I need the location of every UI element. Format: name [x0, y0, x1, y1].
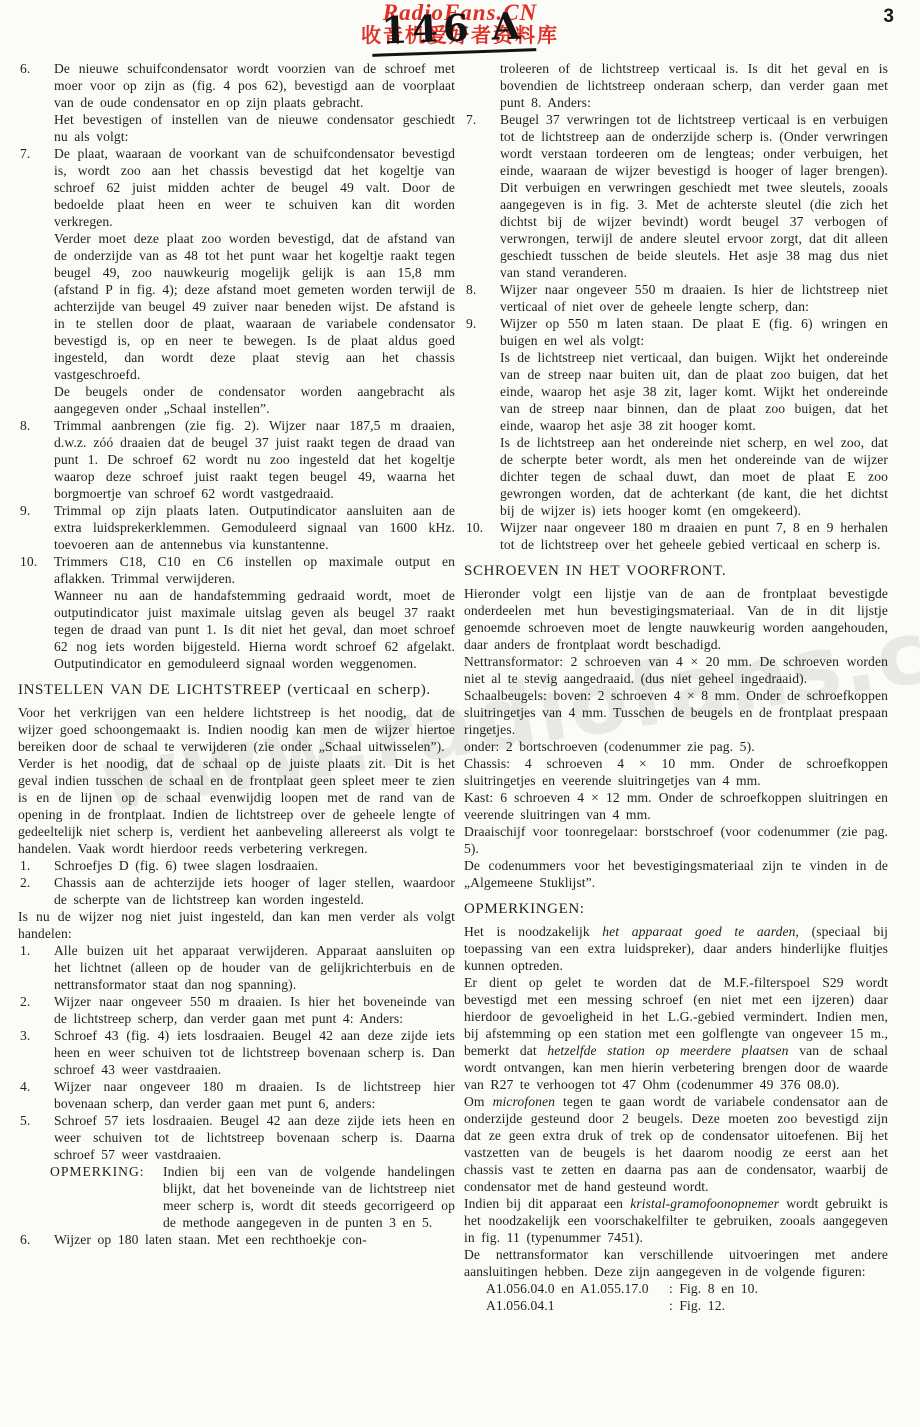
paragraph: Hieronder volgt een lijstje van de aan d… [464, 585, 888, 653]
list-item: 10.Trimmers C18, C10 en C6 instellen op … [18, 553, 455, 587]
item-number: 2. [20, 993, 30, 1010]
list-item: 9.Trimmal op zijn plaats laten. Outputin… [18, 502, 455, 553]
item-text: Trimmal aanbrengen (zie fig. 2). Wijzer … [54, 418, 455, 501]
item-text: De plaat, waaraan de voorkant van de sch… [54, 146, 455, 229]
list-item: 1.Alle buizen uit het apparaat verwijder… [18, 942, 455, 993]
right-column: troleeren of de lichtstreep verticaal is… [464, 60, 888, 1314]
paragraph: De nettransformator kan verschillende ui… [464, 1246, 888, 1280]
italic-text: het apparaat goed te aarden [602, 924, 795, 939]
item-number: 9. [20, 502, 30, 519]
paragraph: Indien bij dit apparaat een kristal-gram… [464, 1195, 888, 1246]
section-heading: INSTELLEN VAN DE LICHTSTREEP (verticaal … [18, 681, 455, 700]
section-heading: OPMERKINGEN: [464, 900, 888, 919]
paragraph: onder: 2 bortschroeven (codenummer zie p… [464, 738, 888, 755]
list-item: 7.Beugel 37 verwringen tot de lichtstree… [464, 111, 888, 281]
continuation-paragraph: troleeren of de lichtstreep verticaal is… [464, 60, 888, 111]
figure-ref-code: A1.056.04.0 en A1.055.17.0 [486, 1280, 669, 1297]
item-text: Wijzer op 180 laten staan. Met een recht… [54, 1232, 367, 1247]
italic-text: kristal-gramofoonopnemer [630, 1196, 779, 1211]
text-run: Om [464, 1094, 493, 1109]
text-run: Het is noodzakelijk [464, 924, 602, 939]
figure-reference: A1.056.04.0 en A1.055.17.0: Fig. 8 en 10… [464, 1280, 888, 1297]
remark-label: OPMERKING: [50, 1163, 145, 1180]
heading-caps: INSTELLEN VAN DE LICHTSTREEP [18, 682, 287, 698]
list-item: 6.Wijzer op 180 laten staan. Met een rec… [18, 1231, 455, 1248]
item-text: Wijzer naar ongeveer 180 m draaien en pu… [500, 520, 888, 552]
item-text: Wijzer naar ongeveer 550 m draaien. Is h… [500, 282, 888, 314]
continuation-paragraph: Wanneer nu aan de handafstemming gedraai… [18, 587, 455, 672]
paragraph: Draaischijf voor toonregelaar: borstschr… [464, 823, 888, 857]
item-number: 2. [20, 874, 30, 891]
list-item: 8.Wijzer naar ongeveer 550 m draaien. Is… [464, 281, 888, 315]
item-number: 1. [20, 857, 30, 874]
paragraph: Schaalbeugels: boven: 2 schroeven 4 × 8 … [464, 687, 888, 738]
figure-ref-target: : Fig. 12. [669, 1298, 725, 1313]
item-number: 8. [20, 417, 30, 434]
continuation-paragraph: De beugels onder de condensator worden a… [18, 383, 455, 417]
paragraph: Kast: 6 schroeven 4 × 12 mm. Onder de sc… [464, 789, 888, 823]
item-text: Chassis aan de achterzijde iets hooger o… [54, 875, 455, 907]
list-item: 10.Wijzer naar ongeveer 180 m draaien en… [464, 519, 888, 553]
list-item: 8.Trimmal aanbrengen (zie fig. 2). Wijze… [18, 417, 455, 502]
document-page: www.radiofans.cn RadioFans.CN 收音机爱好者资料库 … [0, 0, 920, 1427]
left-column: 6.De nieuwe schuifcondensator wordt voor… [18, 60, 455, 1248]
list-item: 4.Wijzer naar ongeveer 180 m draaien. Is… [18, 1078, 455, 1112]
list-item: 9.Wijzer op 550 m laten staan. De plaat … [464, 315, 888, 349]
continuation-paragraph: Het bevestigen of instellen van de nieuw… [18, 111, 455, 145]
item-text: Trimmal op zijn plaats laten. Outputindi… [54, 503, 455, 552]
continuation-paragraph: Verder moet deze plaat zoo worden bevest… [18, 230, 455, 383]
paragraph: Er dient op gelet te worden dat de M.F.-… [464, 974, 888, 1093]
italic-text: hetzelfde station op meerdere plaatsen [547, 1043, 788, 1058]
item-number: 4. [20, 1078, 30, 1095]
page-title: 146 A [371, 3, 536, 57]
item-number: 9. [466, 315, 476, 332]
item-number: 5. [20, 1112, 30, 1129]
paragraph: Het is noodzakelijk het apparaat goed te… [464, 923, 888, 974]
list-item: 2.Chassis aan de achterzijde iets hooger… [18, 874, 455, 908]
continuation-paragraph: Is de lichtstreep niet verticaal, dan bu… [464, 349, 888, 434]
paragraph: Chassis: 4 schroeven 4 × 10 mm. Onder de… [464, 755, 888, 789]
section-heading: SCHROEVEN IN HET VOORFRONT. [464, 562, 888, 581]
figure-ref-target: : Fig. 8 en 10. [669, 1281, 758, 1296]
item-text: De nieuwe schuifcondensator wordt voorzi… [54, 61, 455, 110]
remark-text: Indien bij een van de volgende handeling… [163, 1164, 455, 1230]
item-number: 8. [466, 281, 476, 298]
paragraph: Nettransformator: 2 schroeven van 4 × 20… [464, 653, 888, 687]
figure-ref-code: A1.056.04.1 [486, 1297, 669, 1314]
item-number: 7. [20, 145, 30, 162]
item-text: Schroefjes D (fig. 6) twee slagen losdra… [54, 858, 318, 873]
list-item: 7.De plaat, waaraan de voorkant van de s… [18, 145, 455, 230]
paragraph: Om microfonen tegen te gaan wordt de var… [464, 1093, 888, 1195]
item-text: Wijzer naar ongeveer 550 m draaien. Is h… [54, 994, 455, 1026]
item-text: Wijzer op 550 m laten staan. De plaat E … [500, 316, 888, 348]
text-run: tegen te gaan wordt de variabele condens… [464, 1094, 888, 1194]
item-number: 3. [20, 1027, 30, 1044]
list-item: 2.Wijzer naar ongeveer 550 m draaien. Is… [18, 993, 455, 1027]
figure-reference: A1.056.04.1: Fig. 12. [464, 1297, 888, 1314]
paragraph: De codenummers voor het bevestigingsmate… [464, 857, 888, 891]
item-text: Trimmers C18, C10 en C6 instellen op max… [54, 554, 455, 586]
heading-caps: OPMERKINGEN: [464, 901, 585, 917]
heading-caps: SCHROEVEN IN HET VOORFRONT. [464, 563, 726, 579]
paragraph: Verder is het noodig, dat de schaal op d… [18, 755, 455, 857]
item-text: Alle buizen uit het apparaat verwijderen… [54, 943, 455, 992]
remark-block: OPMERKING:Indien bij een van de volgende… [18, 1163, 455, 1231]
page-number: 3 [883, 6, 894, 28]
continuation-paragraph: Is de lichtstreep aan het ondereinde nie… [464, 434, 888, 519]
paragraph: Voor het verkrijgen van een heldere lich… [18, 704, 455, 755]
list-item: 6.De nieuwe schuifcondensator wordt voor… [18, 60, 455, 111]
item-number: 7. [466, 111, 476, 128]
list-item: 3.Schroef 43 (fig. 4) iets losdraaien. B… [18, 1027, 455, 1078]
text-run: Indien bij dit apparaat een [464, 1196, 630, 1211]
item-number: 10. [466, 519, 483, 536]
item-text: Schroef 43 (fig. 4) iets losdraaien. Beu… [54, 1028, 455, 1077]
list-item: 1.Schroefjes D (fig. 6) twee slagen losd… [18, 857, 455, 874]
item-number: 10. [20, 553, 37, 570]
italic-text: microfonen [493, 1094, 555, 1109]
text-run: (verticaal en scherp). [287, 682, 430, 698]
list-item: 5.Schroef 57 iets losdraaien. Beugel 42 … [18, 1112, 455, 1163]
item-number: 6. [20, 1231, 30, 1248]
item-text: Schroef 57 iets losdraaien. Beugel 42 aa… [54, 1113, 455, 1162]
item-number: 1. [20, 942, 30, 959]
paragraph: Is nu de wijzer nog niet juist ingesteld… [18, 908, 455, 942]
item-text: Wijzer naar ongeveer 180 m draaien. Is d… [54, 1079, 455, 1111]
item-text: Beugel 37 verwringen tot de lichtstreep … [500, 112, 888, 280]
item-number: 6. [20, 60, 30, 77]
